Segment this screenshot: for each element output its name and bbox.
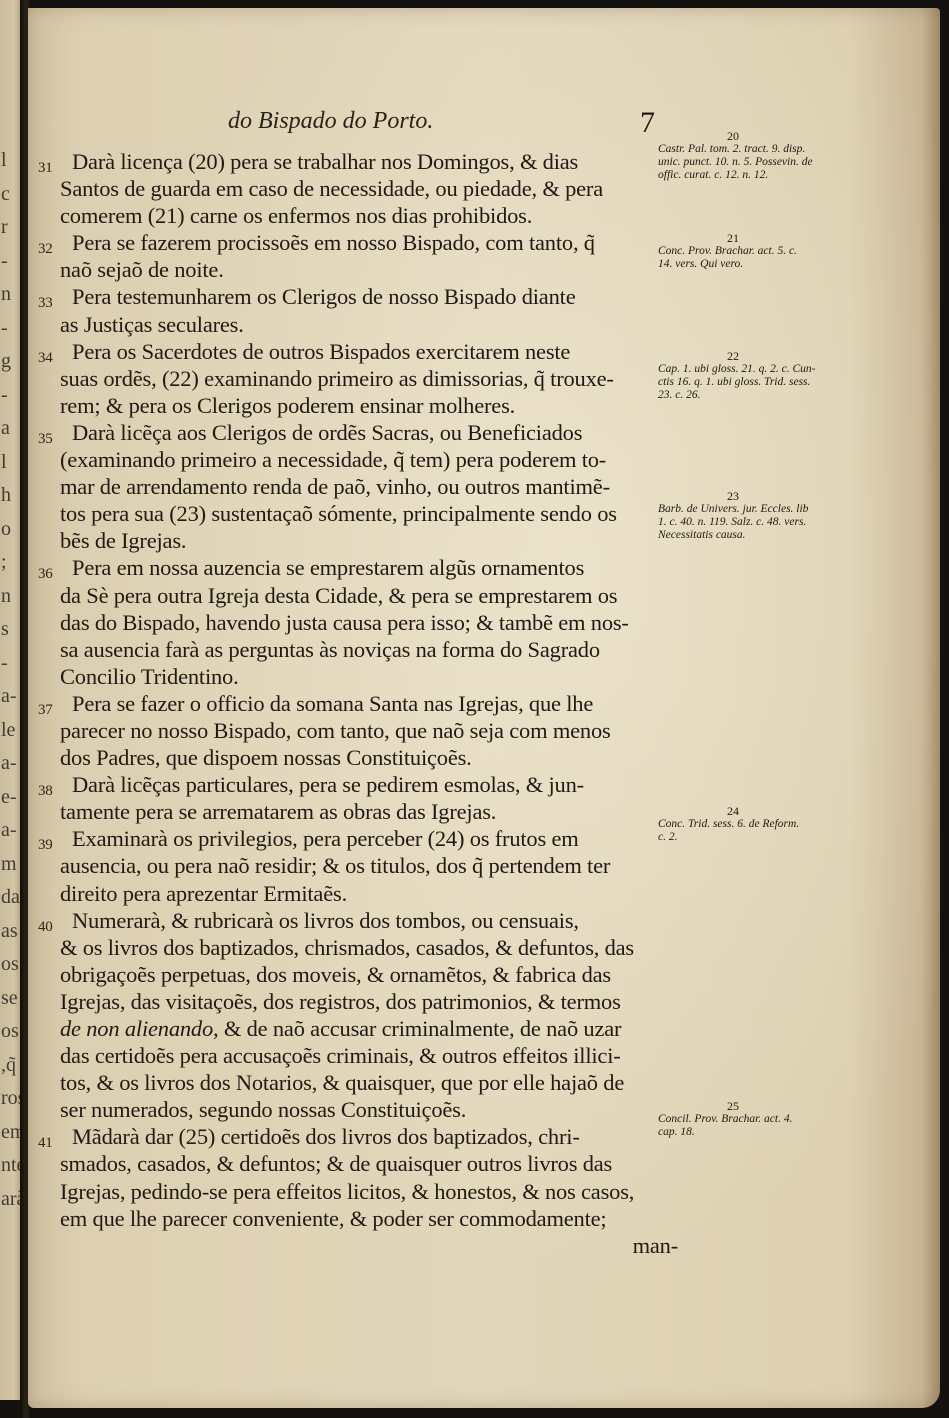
text-line: mar de arrendamento renda de paõ, vinho,… xyxy=(38,473,678,500)
line-text: comerem (21) carne os enfermos nos dias … xyxy=(60,203,532,228)
margin-note: 23Barb. de Univers. jur. Eccles. lib1. c… xyxy=(658,490,878,542)
margin-note: 20Castr. Pal. tom. 2. tract. 9. disp.uni… xyxy=(658,130,878,182)
note-line: Concil. Prov. Brachar. act. 4. xyxy=(658,1113,878,1126)
text-line: das certidoẽs pera accusaçoẽs criminais,… xyxy=(38,1042,678,1069)
note-line: unic. punct. 10. n. 5. Possevin. de xyxy=(658,156,878,169)
note-line: offic. curat. c. 12. n. 12. xyxy=(658,169,878,182)
line-text: Darà licença (20) pera se trabalhar nos … xyxy=(72,149,578,174)
line-text: rem; & pera os Clerigos poderem ensinar … xyxy=(60,393,515,418)
previous-page-fragment: da xyxy=(1,887,20,907)
line-text: tamente pera se arrematarem as obras das… xyxy=(60,799,496,824)
previous-page-fragment: n xyxy=(1,586,11,606)
latin-phrase: de non alienando xyxy=(60,1016,213,1041)
line-text: Darà licẽça aos Clerigos de ordẽs Sacras… xyxy=(72,420,582,445)
line-text: das do Bispado, havendo justa causa pera… xyxy=(60,610,629,635)
line-text: Pera se fazerem procissoẽs em nosso Bisp… xyxy=(72,230,595,255)
text-line: 37Pera se fazer o officio da somana Sant… xyxy=(38,690,678,717)
text-line: Concilio Tridentino. xyxy=(38,663,678,690)
line-text: em que lhe parecer conveniente, & poder … xyxy=(60,1206,607,1231)
text-line: parecer no nosso Bispado, com tanto, que… xyxy=(38,717,678,744)
note-line: Castr. Pal. tom. 2. tract. 9. disp. xyxy=(658,143,878,156)
previous-page-fragment: le xyxy=(1,720,15,740)
note-line: Barb. de Univers. jur. Eccles. lib xyxy=(658,503,878,516)
line-text: suas ordẽs, (22) examinando primeiro as … xyxy=(60,366,614,391)
text-line: rem; & pera os Clerigos poderem ensinar … xyxy=(38,392,678,419)
line-text: ausencia, ou pera naõ residir; & os titu… xyxy=(60,853,610,878)
note-line: ctis 16. q. 1. ubi gloss. Trid. sess. xyxy=(658,376,878,389)
page-number: 7 xyxy=(640,106,655,140)
margin-note: 22Cap. 1. ubi gloss. 21. q. 2. c. Cun-ct… xyxy=(658,350,878,402)
previous-page-fragment: o xyxy=(1,519,11,539)
note-number: 23 xyxy=(658,490,808,503)
previous-page-fragment: h xyxy=(1,485,11,505)
note-line: Cap. 1. ubi gloss. 21. q. 2. c. Cun- xyxy=(658,363,878,376)
line-text: Concilio Tridentino. xyxy=(60,664,239,689)
note-number: 25 xyxy=(658,1100,808,1113)
text-line: 41Mãdarà dar (25) certidoẽs dos livros d… xyxy=(38,1123,678,1150)
note-line: cap. 18. xyxy=(658,1126,878,1139)
previous-page-fragment: - xyxy=(1,653,8,673)
previous-page-fragment: l xyxy=(1,452,7,472)
previous-page-fragment: - xyxy=(1,318,8,338)
note-line: Conc. Trid. sess. 6. de Reform. xyxy=(658,818,878,831)
line-text: tos, & os livros dos Notarios, & quaisqu… xyxy=(60,1070,624,1095)
text-line: obrigaçoẽs perpetuas, dos moveis, & orna… xyxy=(38,961,678,988)
text-line: bẽs de Igrejas. xyxy=(38,527,678,554)
text-line: suas ordẽs, (22) examinando primeiro as … xyxy=(38,365,678,392)
text-line: 40Numerarà, & rubricarà os livros dos to… xyxy=(38,907,678,934)
note-line: Necessitatis causa. xyxy=(658,529,878,542)
text-line: 31Darà licença (20) pera se trabalhar no… xyxy=(38,148,678,175)
previous-page-fragment: a- xyxy=(1,753,17,773)
previous-page-fragment: a- xyxy=(1,820,17,840)
text-line: (examinando primeiro a necessidade, q̃ t… xyxy=(38,446,678,473)
line-text: Igrejas, pedindo-se pera effeitos licito… xyxy=(60,1179,634,1204)
previous-page-fragment: a xyxy=(1,418,10,438)
note-number: 20 xyxy=(658,130,808,143)
previous-page-fragment: e- xyxy=(1,787,17,807)
previous-page-fragment: ; xyxy=(1,552,7,572)
text-line: direito pera aprezentar Ermitaẽs. xyxy=(38,880,678,907)
note-line: c. 2. xyxy=(658,831,878,844)
line-text: mar de arrendamento renda de paõ, vinho,… xyxy=(60,474,610,499)
text-line: comerem (21) carne os enfermos nos dias … xyxy=(38,202,678,229)
text-line: da Sè pera outra Igreja desta Cidade, & … xyxy=(38,582,678,609)
previous-page-fragment: l xyxy=(1,150,7,170)
previous-page-fragment: c xyxy=(1,184,10,204)
line-text: dos Padres, que dispoem nossas Constitui… xyxy=(60,745,472,770)
line-text: (examinando primeiro a necessidade, q̃ t… xyxy=(60,447,606,472)
previous-page-fragment: os xyxy=(1,1021,19,1041)
text-line: sa ausencia farà as perguntas às noviças… xyxy=(38,636,678,663)
line-text: & os livros dos baptizados, chrismados, … xyxy=(60,935,634,960)
previous-page-fragment: a- xyxy=(1,686,17,706)
text-line: Igrejas, pedindo-se pera effeitos licito… xyxy=(38,1178,678,1205)
text-line: as Justiças seculares. xyxy=(38,311,678,338)
line-text: smados, casados, & defuntos; & de quaisq… xyxy=(60,1151,612,1176)
text-line: 32Pera se fazerem procissoẽs em nosso Bi… xyxy=(38,229,678,256)
previous-page-fragment: ,q̃ xyxy=(1,1055,16,1075)
previous-page-fragment: arà xyxy=(1,1189,20,1209)
text-line: em que lhe parecer conveniente, & poder … xyxy=(38,1205,678,1232)
previous-page-fragment: - xyxy=(1,385,8,405)
line-text: obrigaçoẽs perpetuas, dos moveis, & orna… xyxy=(60,962,611,987)
text-line: & os livros dos baptizados, chrismados, … xyxy=(38,934,678,961)
note-line: Conc. Prov. Brachar. act. 5. c. xyxy=(658,245,878,258)
line-text: bẽs de Igrejas. xyxy=(60,528,186,553)
previous-page-fragment: r xyxy=(1,217,8,237)
line-text: da Sè pera outra Igreja desta Cidade, & … xyxy=(60,583,617,608)
line-text: ser numerados, segundo nossas Constituiç… xyxy=(60,1097,466,1122)
note-line: 23. c. 26. xyxy=(658,389,878,402)
previous-page-fragment: - xyxy=(1,251,8,271)
previous-page-fragment: s xyxy=(1,619,9,639)
text-line: smados, casados, & defuntos; & de quaisq… xyxy=(38,1150,678,1177)
text-line: tamente pera se arrematarem as obras das… xyxy=(38,798,678,825)
line-text: Examinarà os privilegios, pera perceber … xyxy=(72,826,579,851)
previous-page-fragment: g xyxy=(1,351,11,371)
line-text: Santos de guarda em caso de necessidade,… xyxy=(60,176,603,201)
margin-note: 21Conc. Prov. Brachar. act. 5. c.14. ver… xyxy=(658,232,878,271)
previous-page-fragment: se xyxy=(1,988,18,1008)
note-number: 21 xyxy=(658,232,808,245)
previous-page-fragment: nte xyxy=(1,1155,20,1175)
previous-page-fragment: as xyxy=(1,921,18,941)
text-line: 38Darà licẽças particulares, pera se ped… xyxy=(38,771,678,798)
line-text: , & de naõ accusar criminalmente, de naõ… xyxy=(213,1016,621,1041)
previous-page-fragment: ros xyxy=(1,1088,20,1108)
text-line: 35Darà licẽça aos Clerigos de ordẽs Sacr… xyxy=(38,419,678,446)
note-number: 24 xyxy=(658,805,808,818)
line-text: parecer no nosso Bispado, com tanto, que… xyxy=(60,718,611,743)
text-line: das do Bispado, havendo justa causa pera… xyxy=(38,609,678,636)
text-line: dos Padres, que dispoem nossas Constitui… xyxy=(38,744,678,771)
text-line: ausencia, ou pera naõ residir; & os titu… xyxy=(38,852,678,879)
margin-note: 25Concil. Prov. Brachar. act. 4.cap. 18. xyxy=(658,1100,878,1139)
line-text: Darà licẽças particulares, pera se pedir… xyxy=(72,772,584,797)
text-line: tos pera sua (23) sustentaçaõ sómente, p… xyxy=(38,500,678,527)
line-text: Pera se fazer o officio da somana Santa … xyxy=(72,691,593,716)
note-number: 22 xyxy=(658,350,808,363)
line-text: Pera os Sacerdotes de outros Bispados ex… xyxy=(72,339,570,364)
body-text: 31Darà licença (20) pera se trabalhar no… xyxy=(38,148,678,1259)
note-line: 14. vers. Qui vero. xyxy=(658,258,878,271)
previous-page-edge: lcr-n-g-alho;ns-a-lea-e-a-mdaasos.seos,q… xyxy=(0,0,20,1400)
line-text: Igrejas, das visitaçoẽs, dos registros, … xyxy=(60,989,621,1014)
line-text: naõ sejaõ de noite. xyxy=(60,257,224,282)
line-text: Mãdarà dar (25) certidoẽs dos livros dos… xyxy=(72,1124,580,1149)
catchword: man- xyxy=(38,1232,678,1259)
line-text: Pera em nossa auzencia se emprestarem al… xyxy=(72,555,584,580)
previous-page-fragment: em xyxy=(1,1122,20,1142)
note-line: 1. c. 40. n. 119. Salz. c. 48. vers. xyxy=(658,516,878,529)
text-line: naõ sejaõ de noite. xyxy=(38,256,678,283)
text-line: de non alienando, & de naõ accusar crimi… xyxy=(38,1015,678,1042)
text-line: 34Pera os Sacerdotes de outros Bispados … xyxy=(38,338,678,365)
line-text: Pera testemunharem os Clerigos de nosso … xyxy=(72,284,575,309)
text-line: 39Examinarà os privilegios, pera percebe… xyxy=(38,825,678,852)
text-line: 33Pera testemunharem os Clerigos de noss… xyxy=(38,283,678,310)
book-page: do Bispado do Porto. 7 31Darà licença (2… xyxy=(28,8,940,1408)
line-text: as Justiças seculares. xyxy=(60,312,244,337)
line-text: tos pera sua (23) sustentaçaõ sómente, p… xyxy=(60,501,617,526)
margin-note: 24Conc. Trid. sess. 6. de Reform.c. 2. xyxy=(658,805,878,844)
text-line: tos, & os livros dos Notarios, & quaisqu… xyxy=(38,1069,678,1096)
previous-page-fragment: os. xyxy=(1,954,20,974)
line-text: das certidoẽs pera accusaçoẽs criminais,… xyxy=(60,1043,621,1068)
line-text: sa ausencia farà as perguntas às noviças… xyxy=(60,637,600,662)
running-head: do Bispado do Porto. xyxy=(228,108,433,135)
text-line: ser numerados, segundo nossas Constituiç… xyxy=(38,1096,678,1123)
line-text: Numerarà, & rubricarà os livros dos tomb… xyxy=(72,908,579,933)
text-line: Igrejas, das visitaçoẽs, dos registros, … xyxy=(38,988,678,1015)
text-line: Santos de guarda em caso de necessidade,… xyxy=(38,175,678,202)
line-text: direito pera aprezentar Ermitaẽs. xyxy=(60,881,347,906)
previous-page-fragment: n xyxy=(1,284,11,304)
text-line: 36Pera em nossa auzencia se emprestarem … xyxy=(38,554,678,581)
previous-page-fragment: m xyxy=(1,854,17,874)
